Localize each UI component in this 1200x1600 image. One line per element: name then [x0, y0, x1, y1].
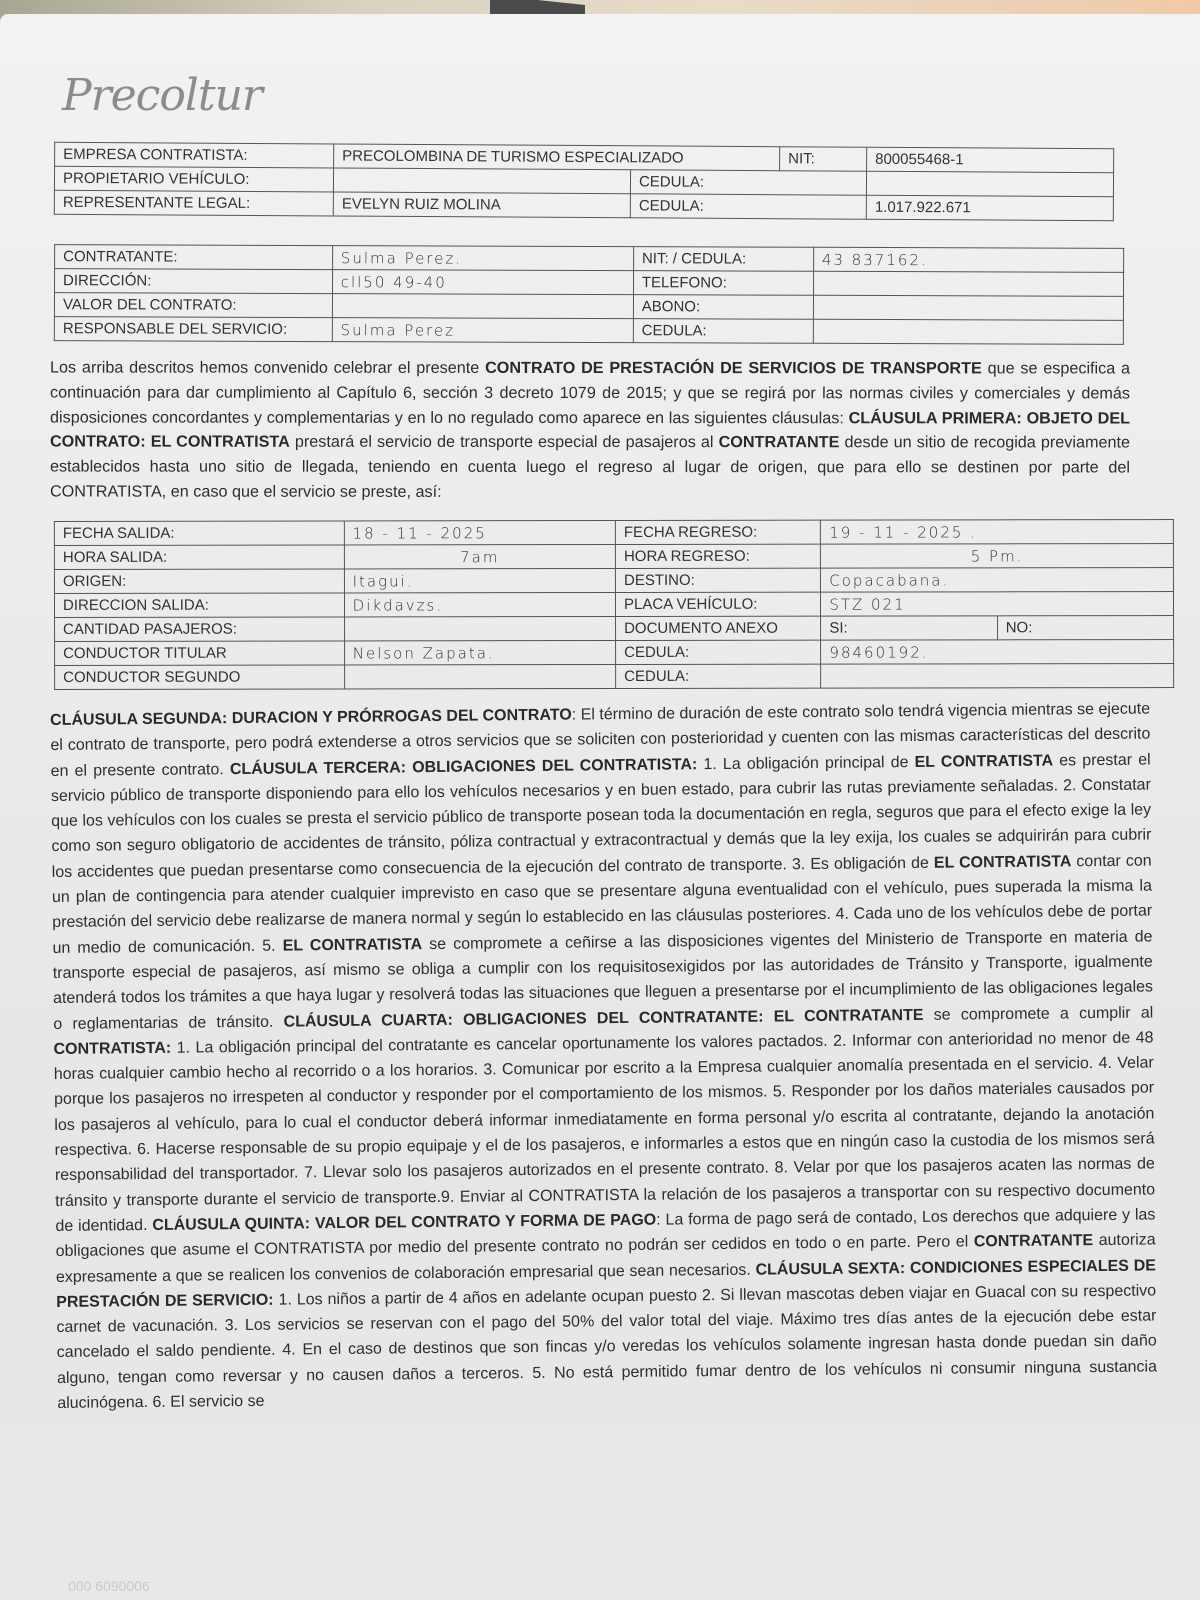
field-label: PROPIETARIO VEHÍCULO:: [54, 166, 333, 192]
field-label: EMPRESA CONTRATISTA:: [55, 142, 334, 168]
handwritten-value: 18 - 11 - 2025: [344, 520, 615, 544]
field-label: CEDULA:: [616, 640, 821, 664]
client-info-table: CONTRATANTE: Sulma Perez. NIT: / CEDULA:…: [54, 244, 1124, 345]
text-run: se compromete a cumplir al: [923, 1004, 1153, 1023]
handwritten-value: [344, 664, 615, 688]
field-value: [333, 168, 630, 194]
field-label: CONDUCTOR TITULAR: [55, 641, 345, 666]
text-run: prestará el servicio de transporte espec…: [290, 433, 719, 451]
text-run: 1. La obligación principal de: [697, 754, 914, 773]
clauses-body: CLÁUSULA SEGUNDA: DURACION Y PRÓRROGAS D…: [50, 696, 1157, 1416]
field-label: CONDUCTOR SEGUNDO: [55, 665, 345, 690]
table-row: CANTIDAD PASAJEROS: DOCUMENTO ANEXO SI: …: [55, 616, 1174, 642]
field-label: HORA REGRESO:: [615, 544, 820, 568]
handwritten-value: [344, 616, 615, 640]
field-label: CEDULA:: [630, 170, 866, 195]
bold-run: CONTRATANTE: [719, 434, 840, 452]
field-value: 800055468-1: [867, 147, 1114, 173]
handwritten-value: Nelson Zapata.: [344, 640, 615, 664]
field-label: REPRESENTANTE LEGAL:: [54, 190, 333, 216]
handwritten-value: cll50 49-40: [332, 270, 633, 295]
table-row: FECHA SALIDA: 18 - 11 - 2025 FECHA REGRE…: [54, 520, 1173, 546]
handwritten-value: 19 - 11 - 2025 .: [821, 520, 1174, 545]
handwritten-value: [813, 319, 1123, 344]
field-value: [866, 171, 1113, 197]
field-label: RESPONSABLE DEL SERVICIO:: [54, 317, 332, 342]
field-label: CEDULA:: [616, 664, 821, 688]
checkbox-no: NO:: [997, 616, 1173, 640]
bold-run: EL CONTRATISTA: [914, 752, 1053, 770]
handwritten-value: 98460192.: [821, 640, 1174, 665]
field-value: EVELYN RUIZ MOLINA: [333, 192, 630, 218]
text-run: 1. La obligación principal del contratan…: [54, 1029, 1155, 1235]
clause-heading: CLÁUSULA SEGUNDA: DURACION Y PRÓRROGAS D…: [50, 707, 572, 729]
company-info-table: EMPRESA CONTRATISTA: PRECOLOMBINA DE TUR…: [54, 142, 1114, 221]
field-label: DIRECCIÓN:: [55, 269, 333, 294]
intro-paragraph: Los arriba descritos hemos convenido cel…: [50, 356, 1130, 506]
field-label: TELEFONO:: [633, 271, 813, 296]
field-value: 1.017.922.671: [866, 195, 1113, 221]
handwritten-value: STZ 021: [821, 592, 1174, 617]
field-label: DESTINO:: [615, 568, 820, 592]
company-logo: Precoltur: [62, 70, 262, 121]
field-label: CONTRATANTE:: [55, 245, 333, 270]
checkbox-si: SI:: [821, 616, 997, 640]
clause-heading: CLÁUSULA CUARTA: OBLIGACIONES DEL CONTRA…: [284, 1006, 924, 1030]
field-label: CEDULA:: [633, 319, 813, 344]
field-label: PLACA VEHÍCULO:: [615, 592, 820, 616]
field-label: FECHA SALIDA:: [54, 521, 344, 546]
bold-run: EL CONTRATISTA: [934, 853, 1072, 871]
field-label: CEDULA:: [630, 194, 866, 219]
handwritten-value: Sulma Perez.: [332, 246, 633, 271]
table-row: HORA SALIDA: 7am HORA REGRESO: 5 Pm.: [54, 544, 1173, 570]
clause-heading: CLÁUSULA TERCERA: OBLIGACIONES DEL CONTR…: [230, 756, 698, 778]
trip-details-table: FECHA SALIDA: 18 - 11 - 2025 FECHA REGRE…: [54, 519, 1174, 690]
handwritten-value: Sulma Perez: [332, 318, 633, 343]
handwritten-value: 7am: [344, 544, 615, 568]
handwritten-value: Dikdavzs.: [344, 592, 615, 616]
table-row: DIRECCION SALIDA: Dikdavzs. PLACA VEHÍCU…: [54, 592, 1173, 618]
handwritten-value: [332, 294, 633, 319]
faded-footer-text: 000 6090006: [68, 1578, 150, 1594]
handwritten-value: Copacabana.: [821, 568, 1174, 593]
bold-run: EL CONTRATISTA: [283, 936, 423, 954]
bold-run: CONTRATO DE PRESTACIÓN DE SERVICIOS DE T…: [485, 359, 982, 377]
table-row: ORIGEN: Itagui. DESTINO: Copacabana.: [54, 568, 1173, 594]
logo-text: Precoltur: [62, 70, 262, 121]
field-label: CANTIDAD PASAJEROS:: [55, 617, 345, 642]
clause-heading: CLÁUSULA QUINTA: VALOR DEL CONTRATO Y FO…: [152, 1212, 656, 1234]
field-label: NIT: / CEDULA:: [633, 247, 813, 272]
handwritten-value: [813, 295, 1123, 320]
field-label: FECHA REGRESO:: [615, 520, 820, 544]
handwritten-value: Itagui.: [344, 568, 615, 592]
field-label: ABONO:: [633, 295, 813, 320]
field-label: HORA SALIDA:: [54, 545, 344, 570]
bold-run: CONTRATANTE: [974, 1232, 1094, 1250]
handwritten-value: [821, 664, 1174, 689]
bold-run: CONTRATISTA:: [53, 1040, 171, 1058]
field-label: NIT:: [780, 147, 867, 172]
handwritten-value: 43 837162.: [813, 247, 1123, 272]
handwritten-value: [813, 271, 1123, 296]
field-value: PRECOLOMBINA DE TURISMO ESPECIALIZADO: [334, 144, 780, 171]
table-row: CONDUCTOR SEGUNDO CEDULA:: [55, 664, 1174, 690]
field-label: ORIGEN:: [54, 569, 344, 594]
field-label: VALOR DEL CONTRATO:: [54, 293, 332, 318]
handwritten-value: 5 Pm.: [821, 544, 1174, 569]
table-row: RESPONSABLE DEL SERVICIO: Sulma Perez CE…: [54, 317, 1123, 345]
field-label: DIRECCION SALIDA:: [54, 593, 344, 618]
table-row: CONDUCTOR TITULAR Nelson Zapata. CEDULA:…: [55, 640, 1174, 666]
field-label: DOCUMENTO ANEXO: [616, 616, 821, 640]
text-run: Los arriba descritos hemos convenido cel…: [50, 359, 485, 377]
